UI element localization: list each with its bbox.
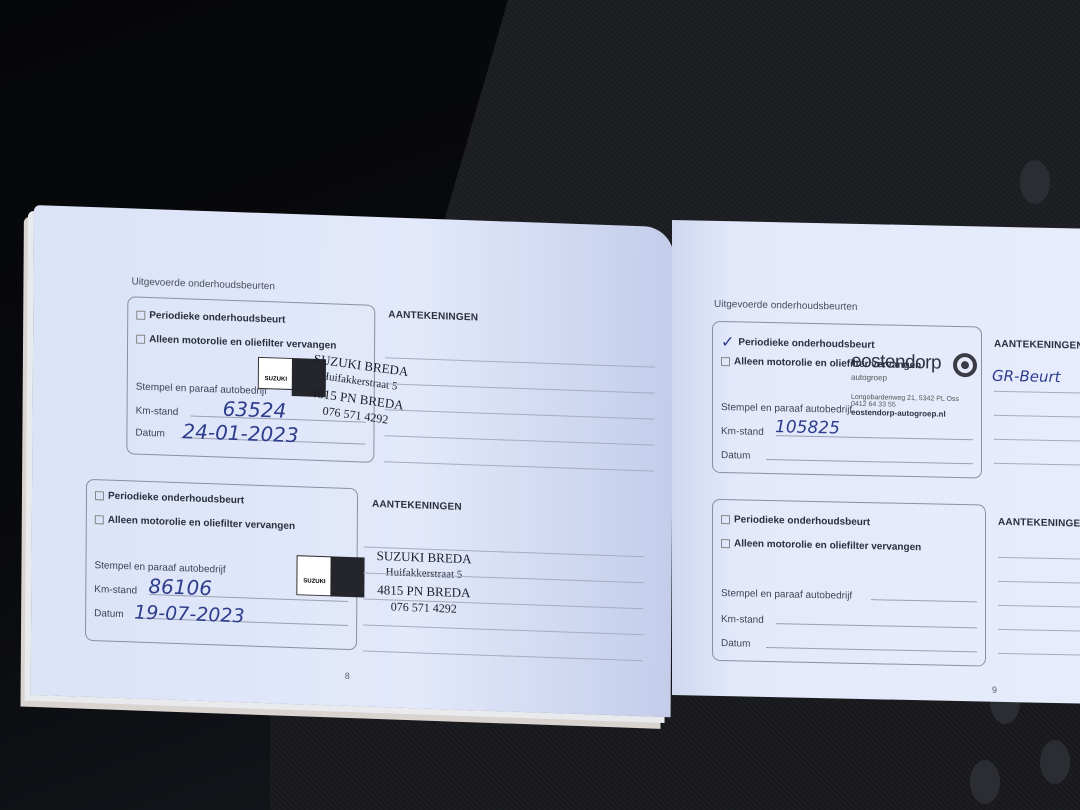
notes-title: AANTEKENINGEN — [994, 339, 1080, 352]
checkbox-oil[interactable]: Alleen motorolie en oliefilter vervangen — [95, 514, 295, 532]
date-field: Datum — [721, 638, 977, 654]
checkbox-icon — [136, 334, 145, 343]
service-entry-4: Periodieke onderhoudsbeurt Alleen motoro… — [712, 499, 986, 667]
notes-title: AANTEKENINGEN — [372, 499, 462, 513]
checkbox-periodic[interactable]: Periodieke onderhoudsbeurt — [721, 514, 870, 528]
suzuki-logo-icon: SUZUKI — [258, 357, 294, 390]
left-page: Uitgevoerde onderhoudsbeurten Periodieke… — [31, 205, 674, 717]
date-value-handwritten: 19-07-2023 — [134, 602, 245, 628]
notes-title: AANTEKENINGEN — [388, 309, 478, 323]
checkbox-icon — [95, 515, 104, 524]
notes-handwritten: GR-Beurt — [992, 367, 1061, 386]
right-page: Uitgevoerde onderhoudsbeurten ✓Periodiek… — [672, 220, 1080, 704]
target-logo-icon — [953, 353, 977, 378]
km-value-handwritten: 63524 — [223, 397, 287, 423]
checkbox-icon — [136, 310, 145, 319]
notes-title: AANTEKENINGEN — [998, 517, 1080, 530]
dealer-stamp-2: SUZUKI BREDA Huifakkerstraat 5 4815 PN B… — [376, 547, 471, 618]
dealer-stamp-1: SUZUKI BREDA Huifakkerstraat 5 4815 PN B… — [307, 350, 409, 431]
date-value-handwritten: 24-01-2023 — [182, 419, 298, 447]
checkbox-oil[interactable]: Alleen motorolie en oliefilter vervangen — [721, 538, 921, 553]
stamp-field: Stempel en paraaf autobedrijf — [721, 588, 977, 604]
checkbox-icon — [721, 515, 730, 524]
oostendorp-stamp: eostendorp autogroep Longobardenweg 21, … — [851, 351, 959, 419]
suzuki-logo-icon: SUZUKI — [296, 555, 332, 596]
section-title: Uitgevoerde onderhoudsbeurten — [714, 299, 857, 313]
checkbox-oil[interactable]: Alleen motorolie en oliefilter vervangen — [136, 334, 336, 352]
service-entry-2: Periodieke onderhoudsbeurt Alleen motoro… — [85, 479, 358, 650]
checkbox-periodic[interactable]: Periodieke onderhoudsbeurt — [95, 490, 244, 506]
dealer-logo-icon — [330, 556, 364, 597]
checkbox-icon — [95, 491, 104, 500]
page-number: 8 — [345, 671, 350, 681]
km-field: Km-stand — [721, 426, 973, 442]
km-value-handwritten: 105825 — [775, 417, 840, 438]
check-mark-icon: ✓ — [721, 332, 734, 352]
section-title: Uitgevoerde onderhoudsbeurten — [131, 276, 275, 292]
checkbox-periodic[interactable]: Periodieke onderhoudsbeurt — [136, 310, 285, 326]
service-entry-3: ✓Periodieke onderhoudsbeurt Alleen motor… — [712, 321, 982, 479]
checkbox-icon — [721, 539, 730, 548]
date-field: Datum — [721, 450, 973, 466]
checkbox-icon — [721, 357, 730, 366]
service-booklet: Uitgevoerde onderhoudsbeurten Periodieke… — [0, 0, 1080, 810]
page-number: 9 — [992, 685, 997, 695]
km-value-handwritten: 86106 — [148, 574, 212, 600]
km-field: Km-stand — [721, 614, 977, 630]
